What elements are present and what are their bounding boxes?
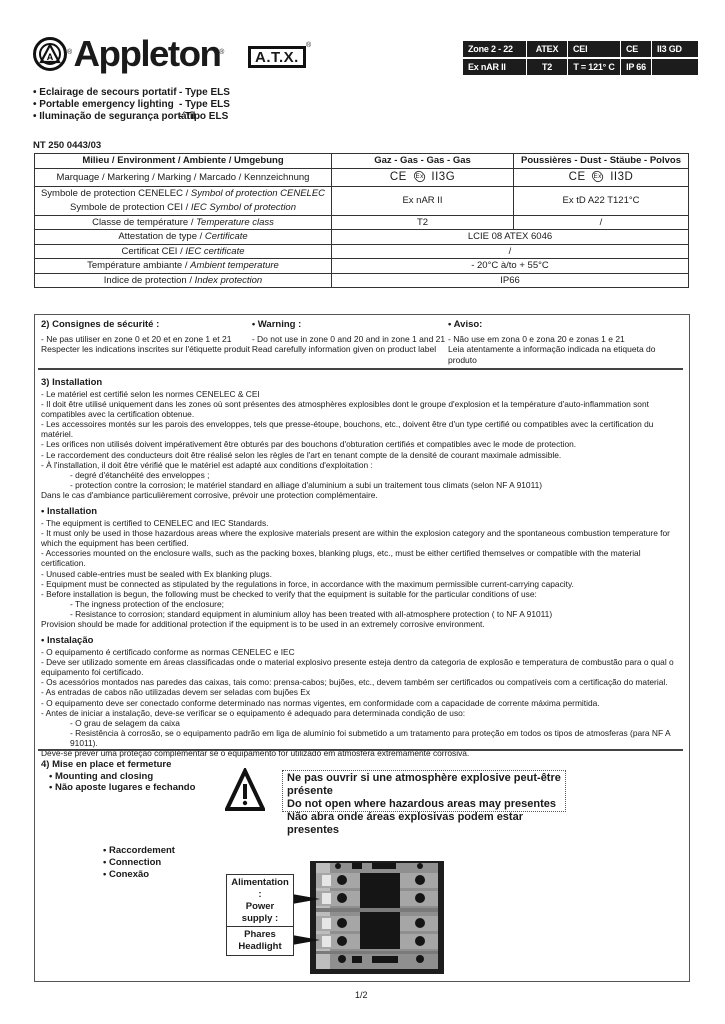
spec-label: Marquage / Markering / Marking / Marcado… [35, 168, 332, 186]
installation-line: - The equipment is certified to CENELEC … [41, 518, 681, 528]
safety-line: Respecter les indications inscrites sur … [41, 344, 252, 355]
safety-title: • Aviso: [448, 320, 681, 331]
installation-line: - O equipamento deve ser conectado confo… [41, 698, 681, 708]
warning-triangle-icon [225, 768, 265, 812]
spec-label: Certificat CEI / IEC certificate [35, 244, 332, 259]
installation-line: - Les orifices non utilisés doivent impé… [41, 439, 681, 449]
svg-text:A: A [47, 52, 54, 62]
installation-line: - Unused cable-entries must be sealed wi… [41, 569, 681, 579]
page-number: 1/2 [355, 990, 368, 1000]
product-list: • Eclairage de secours portatif- Type EL… [33, 87, 230, 123]
terminal-block-photo [310, 861, 444, 974]
mounting-item: • Não aposte lugares e fechando [41, 782, 195, 794]
product-label: • Eclairage de secours portatif [33, 87, 179, 99]
appleton-logo: A ® Appleton ® [33, 34, 224, 74]
registered-mark: ® [306, 42, 311, 49]
installation-section: 3) Installation - Le matériel est certif… [41, 377, 681, 758]
product-line: • Portable emergency lighting- Type ELS [33, 99, 230, 111]
safety-en: • Warning : - Do not use in zone 0 and 2… [252, 320, 448, 365]
installation-line: - It must only be used in those hazardou… [41, 528, 681, 548]
temp-class-gas: T2 [332, 215, 514, 230]
spec-label: Température ambiante / Ambient temperatu… [35, 259, 332, 274]
installation-line: - Le raccordement des conducteurs doit ê… [41, 450, 681, 460]
installation-subline: - The ingness protection of the enclosur… [41, 599, 681, 609]
installation-line: - Accessories mounted on the enclosure w… [41, 548, 681, 568]
installation-line: - Il doit être utilisé uniquement dans l… [41, 399, 681, 419]
spec-label: Attestation de type / Certificate [35, 230, 332, 245]
marking-gas: CE Ex II3G [332, 168, 514, 186]
connection-item: • Raccordement [103, 845, 175, 857]
zone-cell: CE [621, 41, 651, 57]
spec-header-environment: Milieu / Environment / Ambiente / Umgebu… [35, 154, 332, 169]
atx-badge: A.T.X. [248, 46, 306, 68]
installation-line: - Equipment must be connected as stipula… [41, 579, 681, 589]
callout-line: Headlight [230, 941, 290, 953]
safety-title: 2) Consignes de sécurité : [41, 320, 252, 331]
installation-line: - Deve ser utilizado somente em áreas cl… [41, 657, 681, 677]
product-line: • Eclairage de secours portatif- Type EL… [33, 87, 230, 99]
product-type: - Type ELS [179, 99, 230, 111]
product-type: - Type ELS [179, 87, 230, 99]
safety-title: • Warning : [252, 320, 448, 331]
ce-mark: CE [390, 171, 407, 183]
installation-title-en: • Installation [41, 506, 681, 518]
installation-line: - O equipamento é certificado conforme a… [41, 647, 681, 657]
connection-item: • Connection [103, 857, 175, 869]
spec-label: Indice de protection / Index protection [35, 273, 332, 288]
safety-line: - Não use em zona 0 e zona 20 e zonas 1 … [448, 334, 681, 345]
installation-closing: Provision should be made for additional … [41, 619, 681, 629]
warning-line: Do not open where hazardous areas may pr… [287, 798, 561, 811]
installation-closing: Dans le cas d'ambiance particulièrement … [41, 490, 681, 500]
safety-fr: 2) Consignes de sécurité : - Ne pas util… [41, 320, 252, 365]
callout-line: Alimentation : [230, 877, 290, 901]
product-label: • Portable emergency lighting [33, 99, 179, 111]
safety-instructions: 2) Consignes de sécurité : - Ne pas util… [41, 320, 681, 365]
callout-pointer [292, 935, 320, 945]
headlight-callout: Phares Headlight [226, 926, 294, 956]
registered-mark: ® [219, 49, 224, 56]
spec-header-dust: Poussières - Dust - Stäube - Polvos [514, 154, 689, 169]
installation-line: - Os acessórios montados nas paredes das… [41, 677, 681, 687]
section-divider [38, 749, 683, 751]
callout-line: Phares [230, 929, 290, 941]
mounting-title: 4) Mise en place et fermeture [41, 759, 195, 771]
installation-subline: - O grau de selagem da caixa [41, 718, 681, 728]
installation-subline: - protection contre la corrosion; le mat… [41, 480, 681, 490]
zone-cell: Ex nAR II [463, 59, 526, 75]
symbol-gas: Ex nAR II [332, 186, 514, 215]
zone-cell: CEI [568, 41, 620, 57]
installation-title-pt: • Instalação [41, 635, 681, 647]
safety-pt: • Aviso: - Não use em zona 0 e zona 20 e… [448, 320, 681, 365]
installation-line: - Antes de iniciar a instalação, deve-se… [41, 708, 681, 718]
zone-rating-table: Zone 2 - 22 ATEX CEI CE II3 GD Ex nAR II… [462, 39, 699, 77]
ex-hexagon-icon: Ex [411, 169, 426, 184]
spec-label: Classe de température / Temperature clas… [35, 215, 332, 230]
temp-class-dust: / [514, 215, 689, 230]
mounting-item: • Mounting and closing [41, 771, 195, 783]
zone-cell [652, 59, 698, 75]
safety-line: Leia atentamente a informação indicada n… [448, 344, 681, 365]
installation-line: - As entradas de cabos não utilizadas de… [41, 687, 681, 697]
installation-title-fr: 3) Installation [41, 377, 681, 389]
connection-section: • Raccordement • Connection • Conexão [103, 845, 175, 881]
product-line: • Iluminação de segurança portátil- Tipo… [33, 111, 230, 123]
iec-certificate-value: / [332, 244, 689, 259]
zone-cell: T = 121° C [568, 59, 620, 75]
explosive-atmosphere-warning: Ne pas ouvrir si une atmosphère explosiv… [282, 770, 566, 812]
installation-subline: - Resistance to corrosion; standard equi… [41, 609, 681, 619]
symbol-dust: Ex tD A22 T121°C [514, 186, 689, 215]
installation-line: - Les accessoires montés sur les parois … [41, 419, 681, 439]
marking-dust-value: II3D [610, 171, 633, 183]
installation-line: - À l'installation, il doit être vérifié… [41, 460, 681, 470]
product-type: - Tipo ELS [179, 111, 228, 123]
safety-line: - Ne pas utiliser en zone 0 et 20 et en … [41, 334, 252, 345]
warning-line: Ne pas ouvrir si une atmosphère explosiv… [287, 772, 561, 798]
installation-subline: - degré d'étanchéité des enveloppes ; [41, 470, 681, 480]
certificate-value: LCIE 08 ATEX 6046 [332, 230, 689, 245]
zone-cell: ATEX [527, 41, 567, 57]
callout-pointer [292, 894, 320, 904]
ex-hexagon-icon: Ex [590, 169, 605, 184]
zone-cell: IP 66 [621, 59, 651, 75]
connection-item: • Conexão [103, 869, 175, 881]
product-label: • Iluminação de segurança portátil [33, 111, 179, 123]
spec-label: Symbole de protection CENELEC / Symbol o… [35, 186, 332, 201]
index-protection-value: IP66 [332, 273, 689, 288]
callout-line: Power supply : [230, 901, 290, 925]
marking-gas-value: II3G [431, 171, 455, 183]
brand-name: Appleton [74, 33, 221, 75]
registered-mark: ® [67, 49, 72, 56]
mounting-section: 4) Mise en place et fermeture • Mounting… [41, 759, 195, 794]
zone-cell: T2 [527, 59, 567, 75]
section-divider [38, 368, 683, 370]
warning-line: Não abra onde áreas explosivas podem est… [287, 811, 561, 837]
safety-line: Read carefully information given on prod… [252, 344, 448, 355]
installation-line: - Before installation is begun, the foll… [41, 589, 681, 599]
specification-table: Milieu / Environment / Ambiente / Umgebu… [34, 153, 689, 288]
spec-label: Symbole de protection CEI / IEC Symbol o… [35, 201, 332, 216]
document-reference: NT 250 0443/03 [33, 140, 101, 151]
spec-header-gas: Gaz - Gas - Gas - Gas [332, 154, 514, 169]
zone-cell: II3 GD [652, 41, 698, 57]
safety-line: - Do not use in zone 0 and 20 and in zon… [252, 334, 448, 345]
zone-cell: Zone 2 - 22 [463, 41, 526, 57]
ce-mark: CE [569, 171, 586, 183]
ambient-temperature-value: - 20°C à/to + 55°C [332, 259, 689, 274]
marking-dust: CE Ex II3D [514, 168, 689, 186]
appleton-triangle-logo-icon: A [33, 37, 67, 71]
installation-subline: - Resistência à corrosão, se o equipamen… [41, 728, 681, 748]
installation-line: - Le matériel est certifié selon les nor… [41, 389, 681, 399]
